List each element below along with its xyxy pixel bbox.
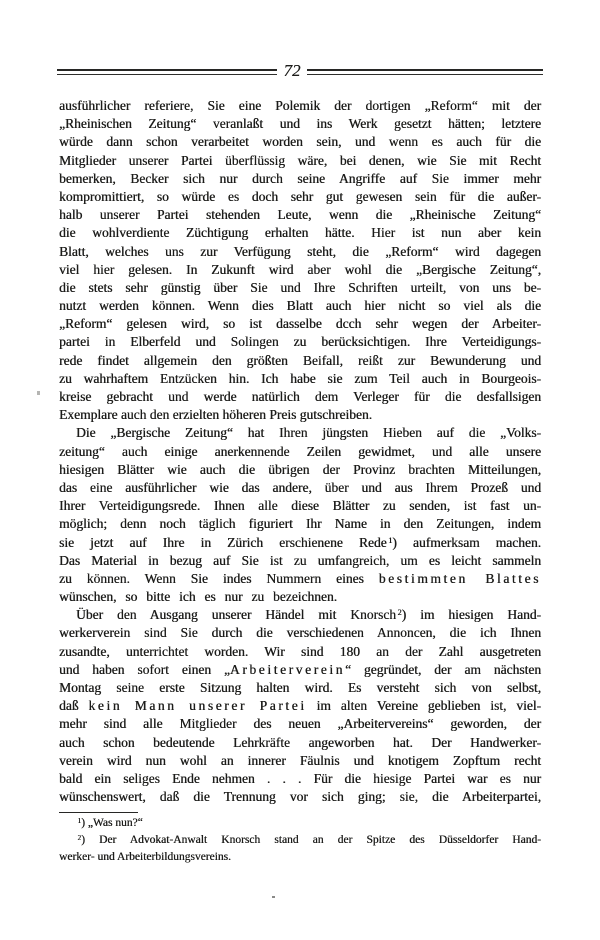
footnote-ref: 1 [78,817,82,825]
text-line: Blatt, welches uns zur Verfügung steht, … [59,243,541,261]
book-page: 72 ausführlicher referiere, Sie eine Pol… [0,0,600,940]
text-line: hiesigen Blätter wie auch die übrigen de… [59,461,541,479]
text-line: mehr sind alle Mitglieder des neuen „Arb… [59,715,541,733]
text-line: viel hier gelesen. In Zukunft wird aber … [59,261,541,279]
text-line: die stets sehr günstig über Sie und Ihre… [59,279,541,297]
text-line: halb unserer Partei stehenden Leute, wen… [59,206,541,224]
emphasized-text: Arbeiterverein [230,662,345,677]
text-line: zeitung“ auch einige anerkennende Zeilen… [59,443,541,461]
text-line: rede findet allgemein den größten Beifal… [59,352,541,370]
scan-speck [37,391,40,395]
text-line: „Rheinischen Zeitung“ veranlaßt und ins … [59,115,541,133]
footnote-line: 1) „Was nun?“ [59,816,541,833]
text-line: kompromittiert, so würde es doch sehr gu… [59,188,541,206]
text-line: ausführlicher referiere, Sie eine Polemi… [59,97,541,115]
text-line: zusandte, unterrichtet worden. Wir sind … [59,643,541,661]
scan-speck [272,896,275,898]
text-line: verein wird nun wohl an innerer Fäulnis … [59,752,541,770]
header-rule-left [57,69,277,75]
text-line: würde dann schon verarbeitet worden sein… [59,133,541,151]
footnote-ref: 2 [397,608,401,617]
footnote-line: werker- und Arbeiterbildungsvereins. [59,850,541,866]
header-rule-right [307,69,543,75]
text-line: bald ein seliges Ende nehmen . . . Für d… [59,770,541,788]
text-line: werkerverein sind Sie durch die verschie… [59,624,541,642]
text-line: wünschen, so bitte ich es nur zu bezeich… [59,588,541,606]
text-line: möglich; denn noch täglich figuriert Ihr… [59,515,541,533]
text-line: Mitglieder unserer Partei überflüssig wä… [59,152,541,170]
text-line: auch schon bedeutende Lehrkräfte angewor… [59,734,541,752]
text-line: Montag seine erste Sitzung halten wird. … [59,679,541,697]
text-line: „Reform“ gelesen wird, so ist dasselbe d… [59,315,541,333]
page-body: ausführlicher referiere, Sie eine Polemi… [59,97,541,806]
text-line: und haben sofort einen „Arbeiterverein“ … [59,661,541,679]
footnotes: 1) „Was nun?“2) Der Advokat-Anwalt Knors… [59,816,541,865]
emphasized-text: kein Mann unserer Partei [88,698,306,713]
text-line: bemerken, Becker sich nur durch seine An… [59,170,541,188]
footnote-ref: 1 [388,536,392,545]
text-line: daß kein Mann unserer Partei im alten Ve… [59,697,541,715]
text-line: nutzt werden können. Wenn dies Blatt auc… [59,297,541,315]
text-line: Die „Bergische Zeitung“ hat Ihren jüngst… [59,424,541,442]
page-header: 72 [57,61,543,83]
text-line: Exemplare auch den erzielten höheren Pre… [59,406,541,424]
text-line: das eine ausführlicher wie das andere, ü… [59,479,541,497]
text-line: kreise gebracht und werde natürlich dem … [59,388,541,406]
text-line: Das Material in bezug auf Sie ist zu umf… [59,552,541,570]
footnote-separator [59,812,138,813]
footnote-ref: 2 [78,834,82,842]
text-line: zu können. Wenn Sie indes Nummern eines … [59,570,541,588]
text-line: sie jetzt auf Ihre in Zürich erschienene… [59,534,541,552]
footnote-line: 2) Der Advokat-Anwalt Knorsch stand an d… [59,833,541,850]
text-line: die wohlverdiente Züchtigung erhalten hä… [59,224,541,242]
text-line: zu wahrhaftem Entzücken hin. Ich habe si… [59,370,541,388]
page-number: 72 [277,61,307,81]
text-line: partei in Elberfeld und Solingen zu berü… [59,333,541,351]
emphasized-text: bestimmten Blattes [379,571,541,586]
text-line: wünschenswert, daß die Trennung vor sich… [59,788,541,806]
text-line: Ihrer Verteidigungsrede. Ihnen alle dies… [59,497,541,515]
text-line: Über den Ausgang unserer Händel mit Knor… [59,606,541,624]
